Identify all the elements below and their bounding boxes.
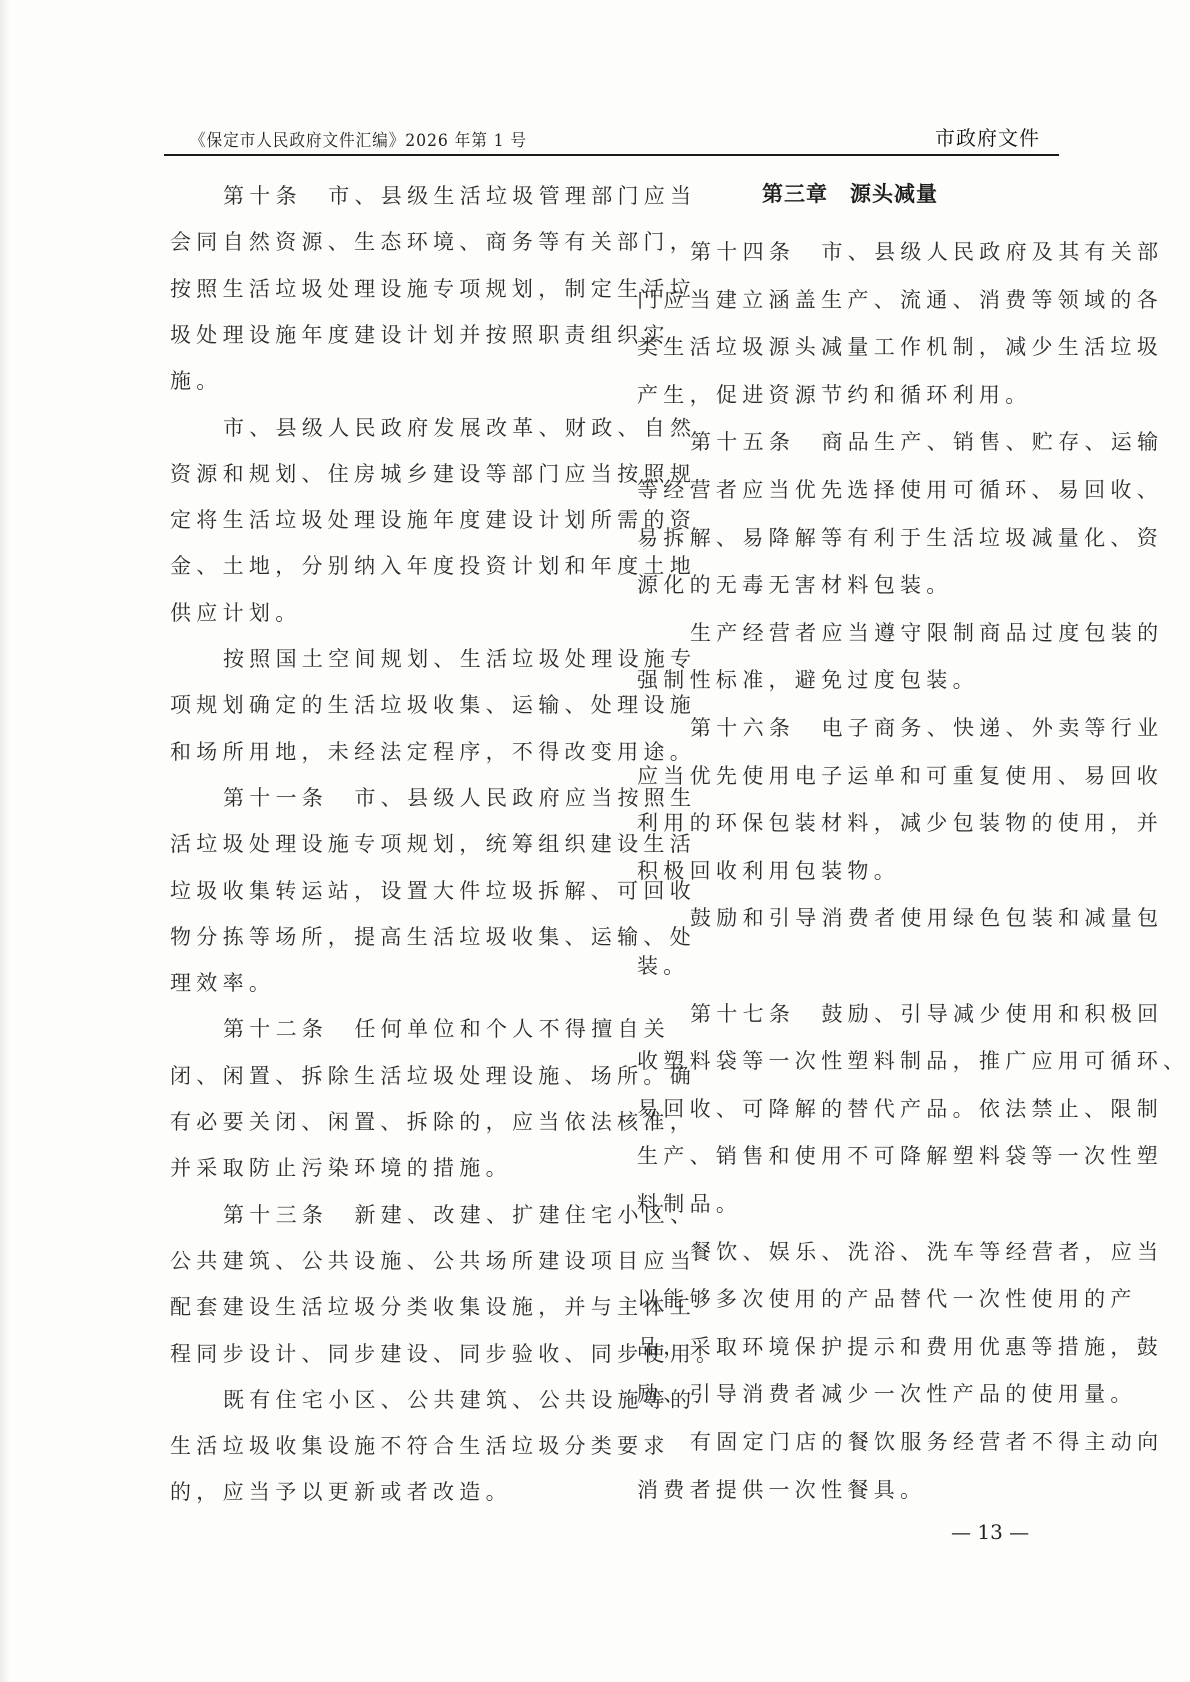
text-line: 生活垃圾收集设施不符合生活垃圾分类要求: [170, 1433, 670, 1459]
text-line: 易拆解、易降解等有利于生活垃圾减量化、资: [637, 525, 1163, 551]
text-line: 产生，促进资源节约和循环利用。: [637, 382, 1032, 408]
text-line: 收塑料袋等一次性塑料制品，推广应用可循环、: [637, 1048, 1189, 1074]
text-line: 按照生活垃圾处理设施专项规划，制定生活垃: [170, 276, 696, 302]
text-line: 金、土地，分别纳入年度投资计划和年度土地: [170, 553, 696, 579]
text-line: 会同自然资源、生态环境、商务等有关部门，: [170, 229, 696, 255]
text-line: 生产、销售和使用不可降解塑料袋等一次性塑: [637, 1143, 1163, 1169]
text-line: 施。: [170, 368, 223, 394]
text-line: 励、引导消费者减少一次性产品的使用量。: [637, 1381, 1137, 1407]
text-line: 有固定门店的餐饮服务经营者不得主动向: [690, 1429, 1163, 1455]
chapter-title: 第三章 源头减量: [762, 178, 938, 208]
text-line: 既有住宅小区、公共建筑、公共设施等的: [223, 1387, 696, 1413]
page-number: — 13 —: [951, 1520, 1029, 1544]
section-label: 市政府文件: [935, 122, 1040, 151]
text-line: 品，采取环境保护提示和费用优惠等措施，鼓: [637, 1334, 1163, 1360]
text-line: 消费者提供一次性餐具。: [637, 1477, 926, 1503]
text-line: 并采取防止污染环境的措施。: [170, 1155, 512, 1181]
text-line: 的，应当予以更新或者改造。: [170, 1479, 512, 1505]
text-line: 圾处理设施年度建设计划并按照职责组织实: [170, 322, 670, 348]
text-line: 第十七条 鼓励、引导减少使用和积极回: [690, 1001, 1163, 1027]
text-line: 第十六条 电子商务、快递、外卖等行业: [690, 715, 1163, 741]
text-line: 市、县级人民政府发展改革、财政、自然: [223, 415, 696, 441]
text-line: 第十一条 市、县级人民政府应当按照生: [223, 785, 696, 811]
text-line: 配套建设生活垃圾分类收集设施，并与主体工: [170, 1294, 696, 1320]
text-line: 门应当建立涵盖生产、流通、消费等领域的各: [637, 287, 1163, 313]
text-line: 资源和规划、住房城乡建设等部门应当按照规: [170, 461, 696, 487]
text-line: 料制品。: [637, 1191, 742, 1217]
publication-title: 《保定市人民政府文件汇编》2026 年第 1 号: [190, 126, 527, 151]
text-line: 垃圾收集转运站，设置大件垃圾拆解、可回收: [170, 878, 696, 904]
text-line: 第十三条 新建、改建、扩建住宅小区、: [223, 1202, 696, 1228]
text-line: 定将生活垃圾处理设施年度建设计划所需的资: [170, 507, 696, 533]
text-line: 第十四条 市、县级人民政府及其有关部: [690, 239, 1163, 265]
text-line: 理效率。: [170, 970, 275, 996]
text-line: 和场所用地，未经法定程序，不得改变用途。: [170, 739, 696, 765]
text-line: 以能够多次使用的产品替代一次性使用的产: [637, 1286, 1137, 1312]
text-line: 强制性标准，避免过度包装。: [637, 667, 979, 693]
text-line: 利用的环保包装材料，减少包装物的使用，并: [637, 810, 1163, 836]
text-line: 源化的无毒无害材料包装。: [637, 572, 953, 598]
text-line: 等经营者应当优先选择使用可循环、易回收、: [637, 477, 1163, 503]
text-line: 公共建筑、公共设施、公共场所建设项目应当: [170, 1248, 696, 1274]
text-line: 易回收、可降解的替代产品。依法禁止、限制: [637, 1096, 1163, 1122]
text-line: 第十二条 任何单位和个人不得擅自关: [223, 1016, 670, 1042]
text-line: 项规划确定的生活垃圾收集、运输、处理设施: [170, 692, 696, 718]
text-line: 类生活垃圾源头减量工作机制，减少生活垃圾: [637, 334, 1163, 360]
text-line: 闭、闲置、拆除生活垃圾处理设施、场所。确: [170, 1063, 696, 1089]
text-line: 鼓励和引导消费者使用绿色包装和减量包: [690, 905, 1163, 931]
text-line: 供应计划。: [170, 600, 302, 626]
text-line: 活垃圾处理设施专项规划，统筹组织建设生活: [170, 831, 696, 857]
scan-edge-shadow: [0, 0, 10, 1682]
text-line: 物分拣等场所，提高生活垃圾收集、运输、处: [170, 924, 696, 950]
text-line: 积极回收利用包装物。: [637, 858, 900, 884]
text-line: 第十五条 商品生产、销售、贮存、运输: [690, 429, 1163, 455]
text-line: 生产经营者应当遵守限制商品过度包装的: [690, 620, 1163, 646]
text-line: 有必要关闭、闲置、拆除的，应当依法核准，: [170, 1109, 696, 1135]
text-line: 应当优先使用电子运单和可重复使用、易回收: [637, 763, 1163, 789]
text-line: 餐饮、娱乐、洗浴、洗车等经营者，应当: [690, 1239, 1163, 1265]
header-rule: [164, 154, 1059, 156]
text-line: 第十条 市、县级生活垃圾管理部门应当: [223, 183, 696, 209]
text-line: 按照国土空间规划、生活垃圾处理设施专: [223, 646, 696, 672]
text-line: 装。: [637, 953, 690, 979]
